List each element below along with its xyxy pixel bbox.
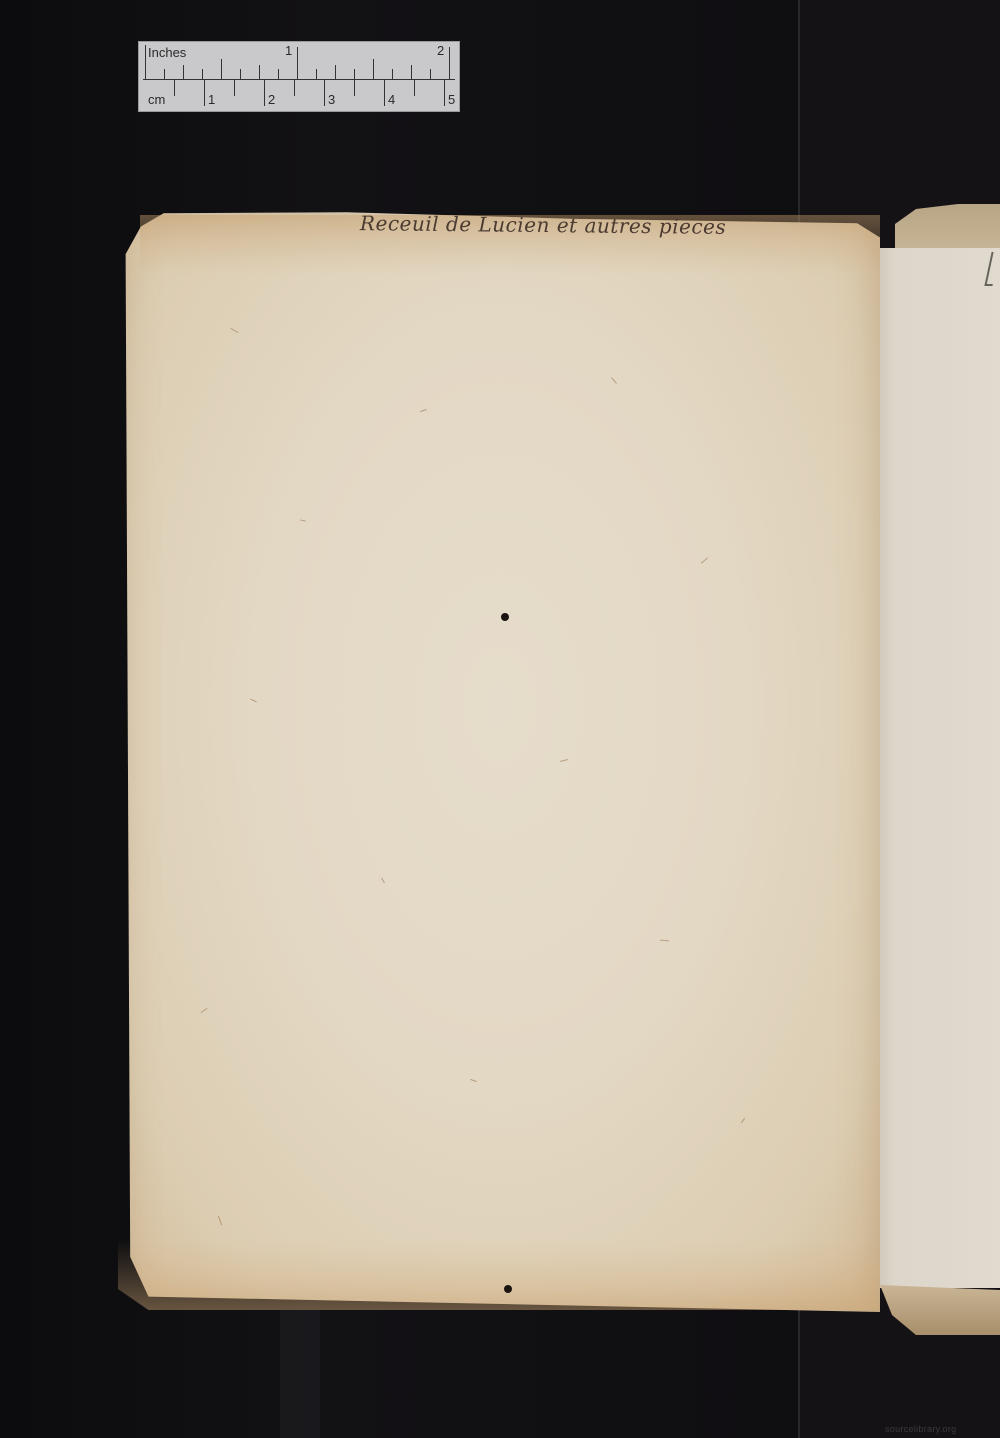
ruler-tick xyxy=(145,45,146,79)
ruler-tick xyxy=(392,69,393,79)
ruler-tick xyxy=(444,79,445,106)
ruler-tick xyxy=(373,59,374,79)
ruler-tick xyxy=(278,69,279,79)
ruler-tick xyxy=(202,69,203,79)
ruler-tick xyxy=(294,79,295,96)
ink-dot-center xyxy=(501,613,509,621)
ruler-tick xyxy=(384,79,385,106)
ruler-tick xyxy=(264,79,265,106)
ruler-cm-label: cm xyxy=(148,92,165,107)
ruler-tick xyxy=(297,47,298,79)
ruler-inch-number: 1 xyxy=(285,43,292,58)
ruler-tick xyxy=(430,69,431,79)
ruler-tick xyxy=(324,79,325,106)
ruler-tick xyxy=(240,69,241,79)
ruler-tick xyxy=(414,79,415,96)
ruler-tick xyxy=(164,69,165,79)
ruler-tick xyxy=(316,69,317,79)
background-band xyxy=(280,1310,320,1438)
book-page xyxy=(118,210,880,1312)
ruler-cm-number: 1 xyxy=(208,92,215,107)
ink-dot-bottom xyxy=(504,1285,512,1293)
ruler-tick xyxy=(259,65,260,79)
scale-ruler: Inches cm 1 2 1 2 3 4 5 xyxy=(138,41,460,112)
ruler-inch-number: 2 xyxy=(437,43,444,58)
page-bottom-stain xyxy=(118,1240,878,1310)
ruler-tick xyxy=(411,65,412,79)
ruler-cm-number: 5 xyxy=(448,92,455,107)
ruler-tick xyxy=(354,79,355,96)
ruler-tick xyxy=(354,69,355,79)
watermark-text: sourcelibrary.org xyxy=(885,1424,956,1434)
ruler-inches-label: Inches xyxy=(148,45,186,60)
ruler-tick xyxy=(335,65,336,79)
ruler-cm-number: 3 xyxy=(328,92,335,107)
ruler-tick xyxy=(174,79,175,96)
ruler-tick xyxy=(183,65,184,79)
right-leaf-page xyxy=(876,248,1000,1288)
ruler-tick xyxy=(234,79,235,96)
ruler-cm-number: 2 xyxy=(268,92,275,107)
ruler-tick xyxy=(449,47,450,79)
ruler-tick xyxy=(221,59,222,79)
ruler-tick xyxy=(204,79,205,106)
ruler-cm-number: 4 xyxy=(388,92,395,107)
ruler-axis xyxy=(143,79,455,80)
handwritten-title: Receuil de Lucien et autres pieces xyxy=(360,211,726,239)
